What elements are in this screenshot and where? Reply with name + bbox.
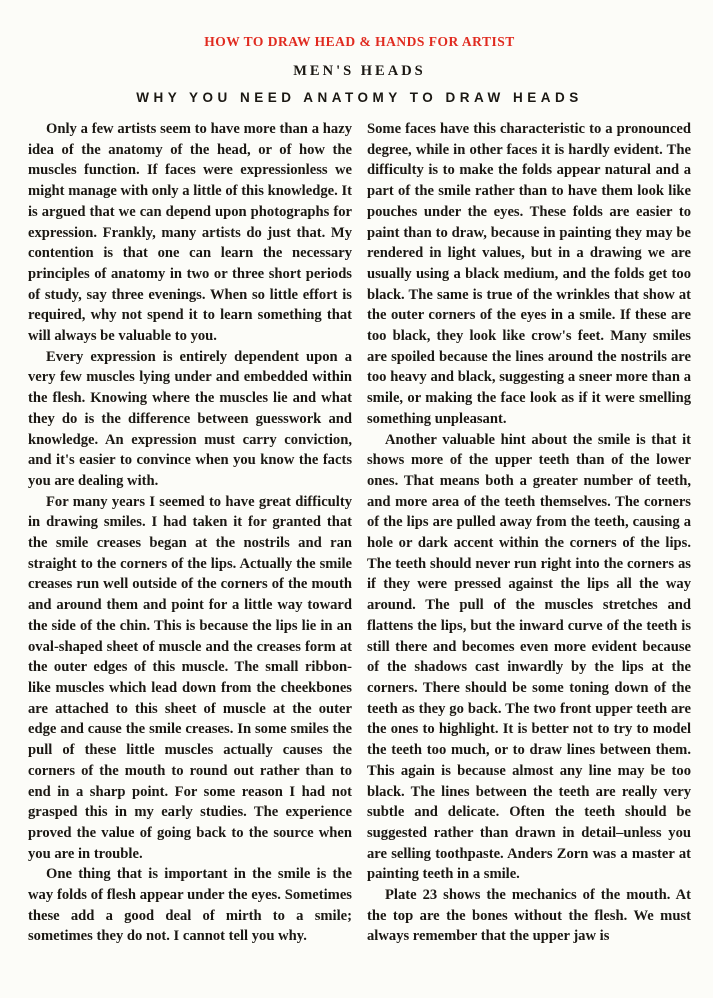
body-paragraph: One thing that is important in the smile… — [28, 864, 352, 947]
section-title: MEN'S HEADS — [28, 62, 691, 80]
body-paragraph: Plate 23 shows the mechanics of the mout… — [367, 885, 691, 947]
body-paragraph: For many years I seemed to have great di… — [28, 492, 352, 865]
two-column-text: Only a few artists seem to have more tha… — [28, 119, 691, 947]
book-page: HOW TO DRAW HEAD & HANDS FOR ARTIST MEN'… — [0, 0, 713, 998]
right-column: Some faces have this characteristic to a… — [367, 119, 691, 947]
body-paragraph: Every expression is entirely dependent u… — [28, 347, 352, 492]
body-paragraph: Another valuable hint about the smile is… — [367, 430, 691, 885]
body-paragraph: Some faces have this characteristic to a… — [367, 119, 691, 430]
left-column: Only a few artists seem to have more tha… — [28, 119, 352, 947]
chapter-title: WHY YOU NEED ANATOMY TO DRAW HEADS — [28, 89, 691, 106]
body-paragraph: Only a few artists seem to have more tha… — [28, 119, 352, 347]
book-title: HOW TO DRAW HEAD & HANDS FOR ARTIST — [28, 34, 691, 50]
